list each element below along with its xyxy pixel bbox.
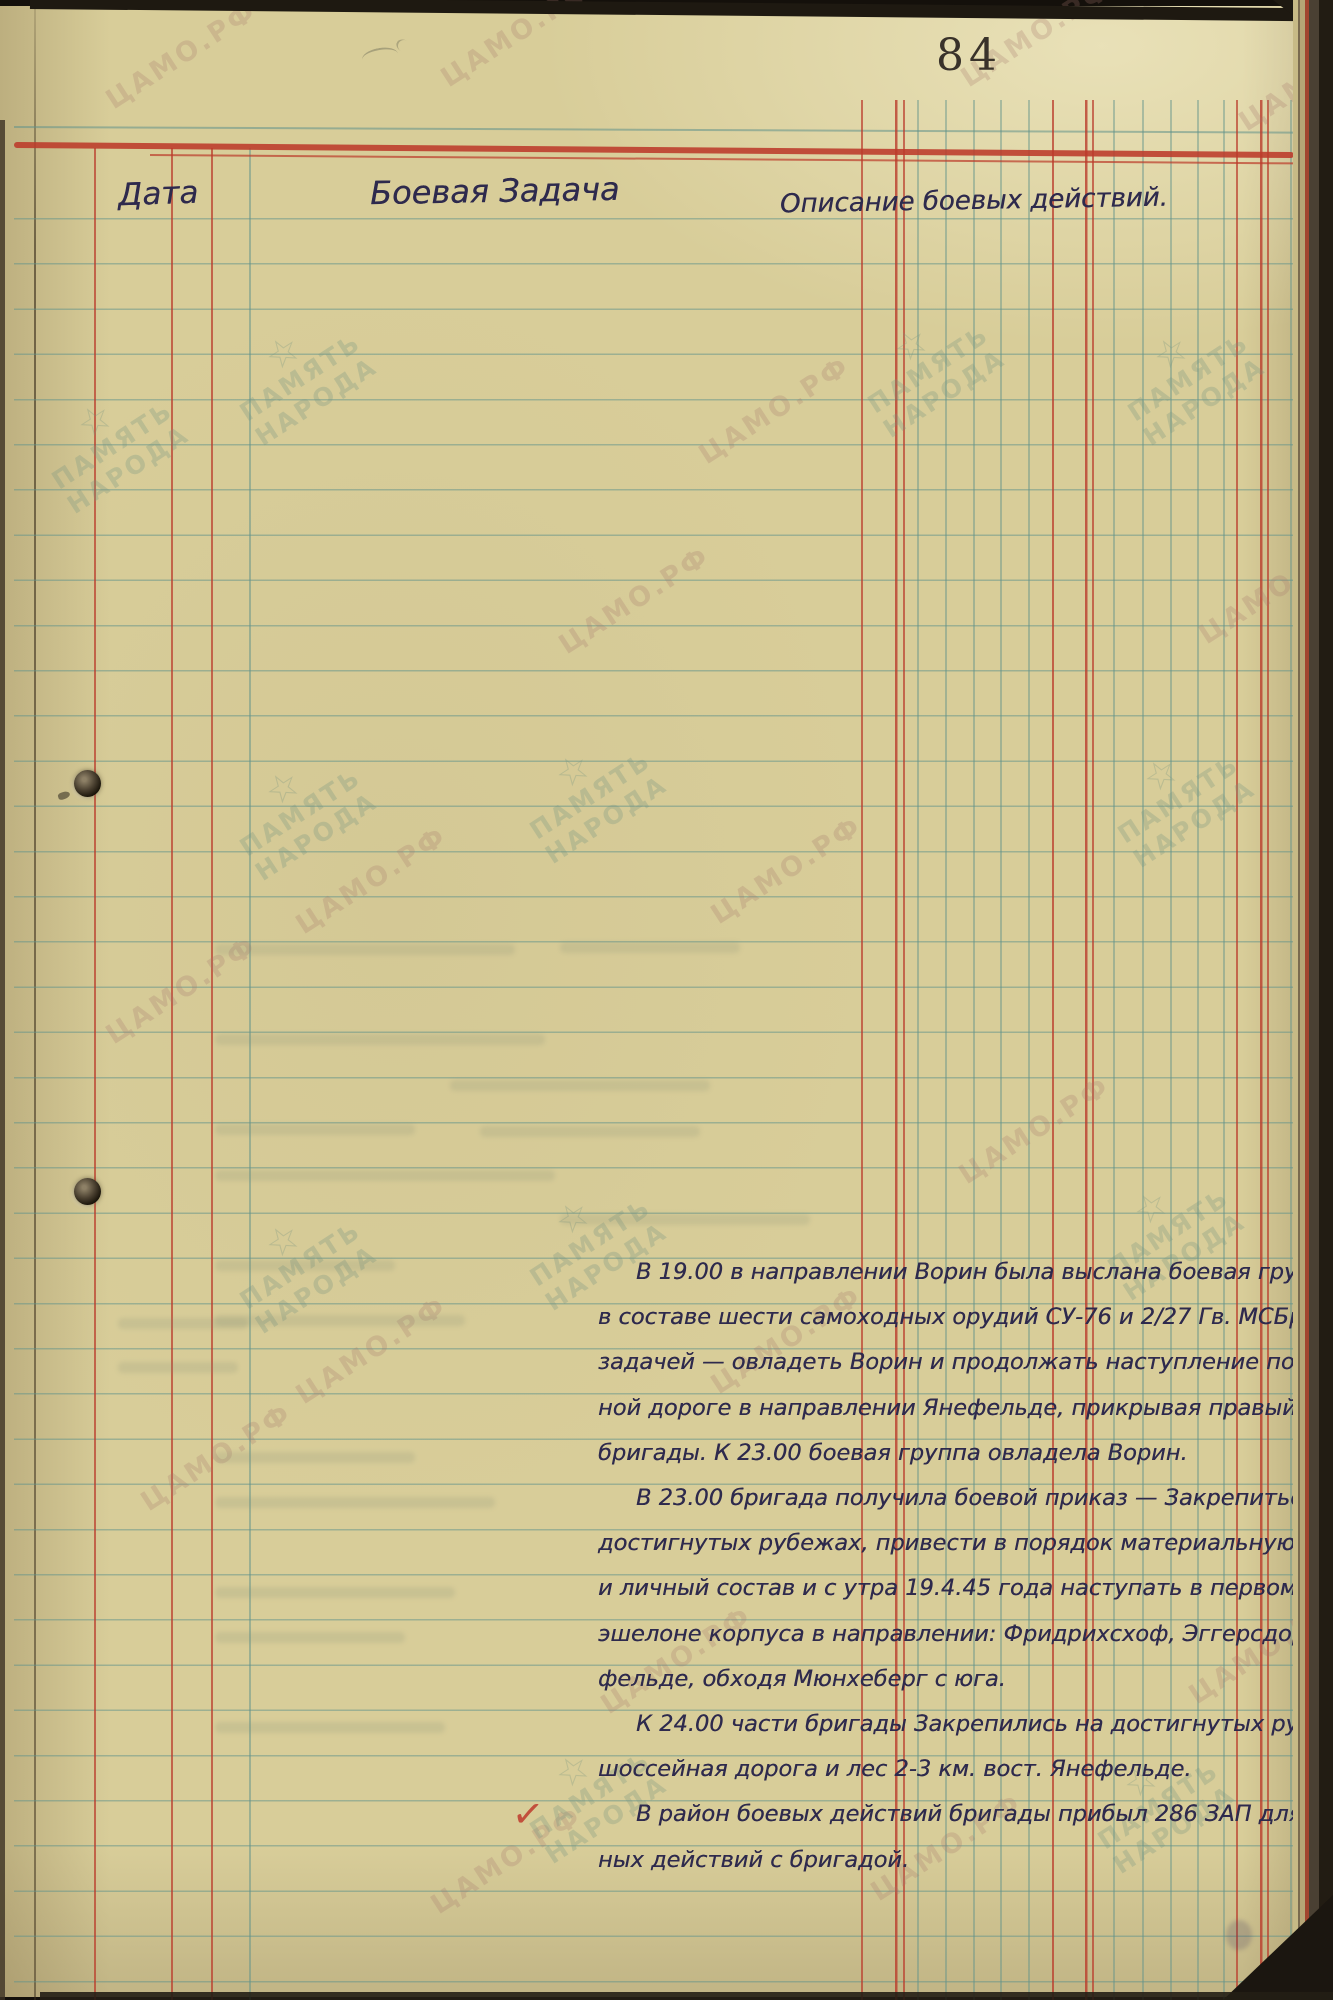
- column-header-combat-task: Боевая Задача: [370, 170, 620, 212]
- entry-line: и личный состав и с утра 19.4.45 года на…: [598, 1575, 1297, 1607]
- entry-line: В район боевых действий бригады прибыл 2…: [598, 1801, 1333, 1833]
- page-edge-bottom: [40, 1992, 1333, 2000]
- ink-blot: [1226, 1920, 1252, 1950]
- entry-line: задачей — овладеть Ворин и продолжать на…: [598, 1349, 1333, 1381]
- entry-line: в составе шести самоходных орудий СУ-76 …: [598, 1304, 1323, 1336]
- entry-line: ной дороге в направлении Янефельде, прик…: [598, 1395, 1333, 1427]
- bleed-through: [215, 1124, 415, 1135]
- column-header-date: Дата: [117, 175, 198, 214]
- page-number: 84: [936, 30, 1002, 81]
- bleed-through: [450, 1080, 710, 1091]
- entry-line: достигнутых рубежах, привести в порядок …: [598, 1530, 1333, 1562]
- bleed-through: [118, 1362, 238, 1373]
- red-checkmark: ✓: [510, 1790, 546, 1837]
- entry-line: фельде, обходя Мюнхеберг с юга.: [598, 1666, 1006, 1698]
- journal-page-scan: ЦАМО.РФ ЦАМО.РФ ЦАМО.РФ ЦАМО.РФ ЦАМО.РФ …: [0, 0, 1333, 2000]
- entry-line: бригады. К 23.00 боевая группа овладела …: [598, 1440, 1188, 1472]
- bleed-through: [560, 1214, 810, 1225]
- entry-line: шоссейная дорога и лес 2-3 км. вост. Яне…: [598, 1756, 1191, 1788]
- binder-hole: [74, 1178, 101, 1205]
- entry-line: К 24.00 части бригады Закрепились на дос…: [598, 1711, 1333, 1743]
- bleed-through: [215, 1587, 455, 1598]
- bleed-through: [215, 1034, 545, 1045]
- bleed-through: [215, 944, 515, 955]
- binder-hole: [74, 770, 101, 797]
- bleed-through: [215, 1497, 495, 1508]
- bleed-through: [215, 1722, 445, 1733]
- entry-line: эшелоне корпуса в направлении: Фридрихсх…: [598, 1621, 1333, 1653]
- entry-line: В 19.00 в направлении Ворин была выслана…: [598, 1259, 1333, 1291]
- entry-line: ных действий с бригадой.: [598, 1847, 909, 1879]
- bleed-through: [480, 1126, 700, 1137]
- bleed-through: [215, 1632, 405, 1643]
- bleed-through: [215, 1315, 465, 1326]
- bleed-through: [215, 1260, 395, 1271]
- bleed-through: [560, 942, 740, 953]
- entry-line: В 23.00 бригада получила боевой приказ —…: [598, 1485, 1333, 1517]
- page-edge-right: [1293, 0, 1333, 2000]
- bleed-through: [215, 1452, 415, 1463]
- bleed-through: [215, 1170, 555, 1181]
